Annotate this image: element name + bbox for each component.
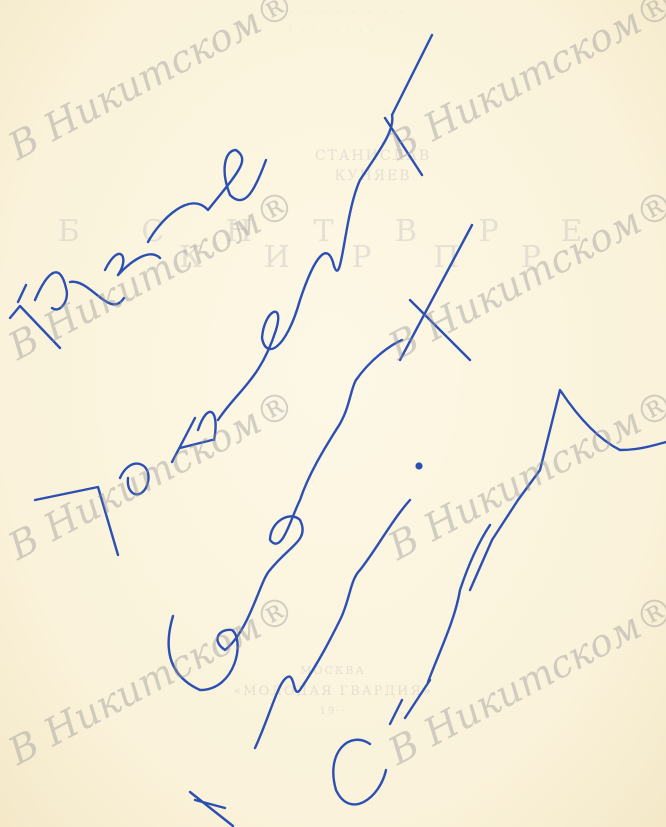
- ink-dot: [417, 464, 422, 469]
- book-page: · · · · · · · · · · · · · · · · · · СТАН…: [0, 0, 666, 827]
